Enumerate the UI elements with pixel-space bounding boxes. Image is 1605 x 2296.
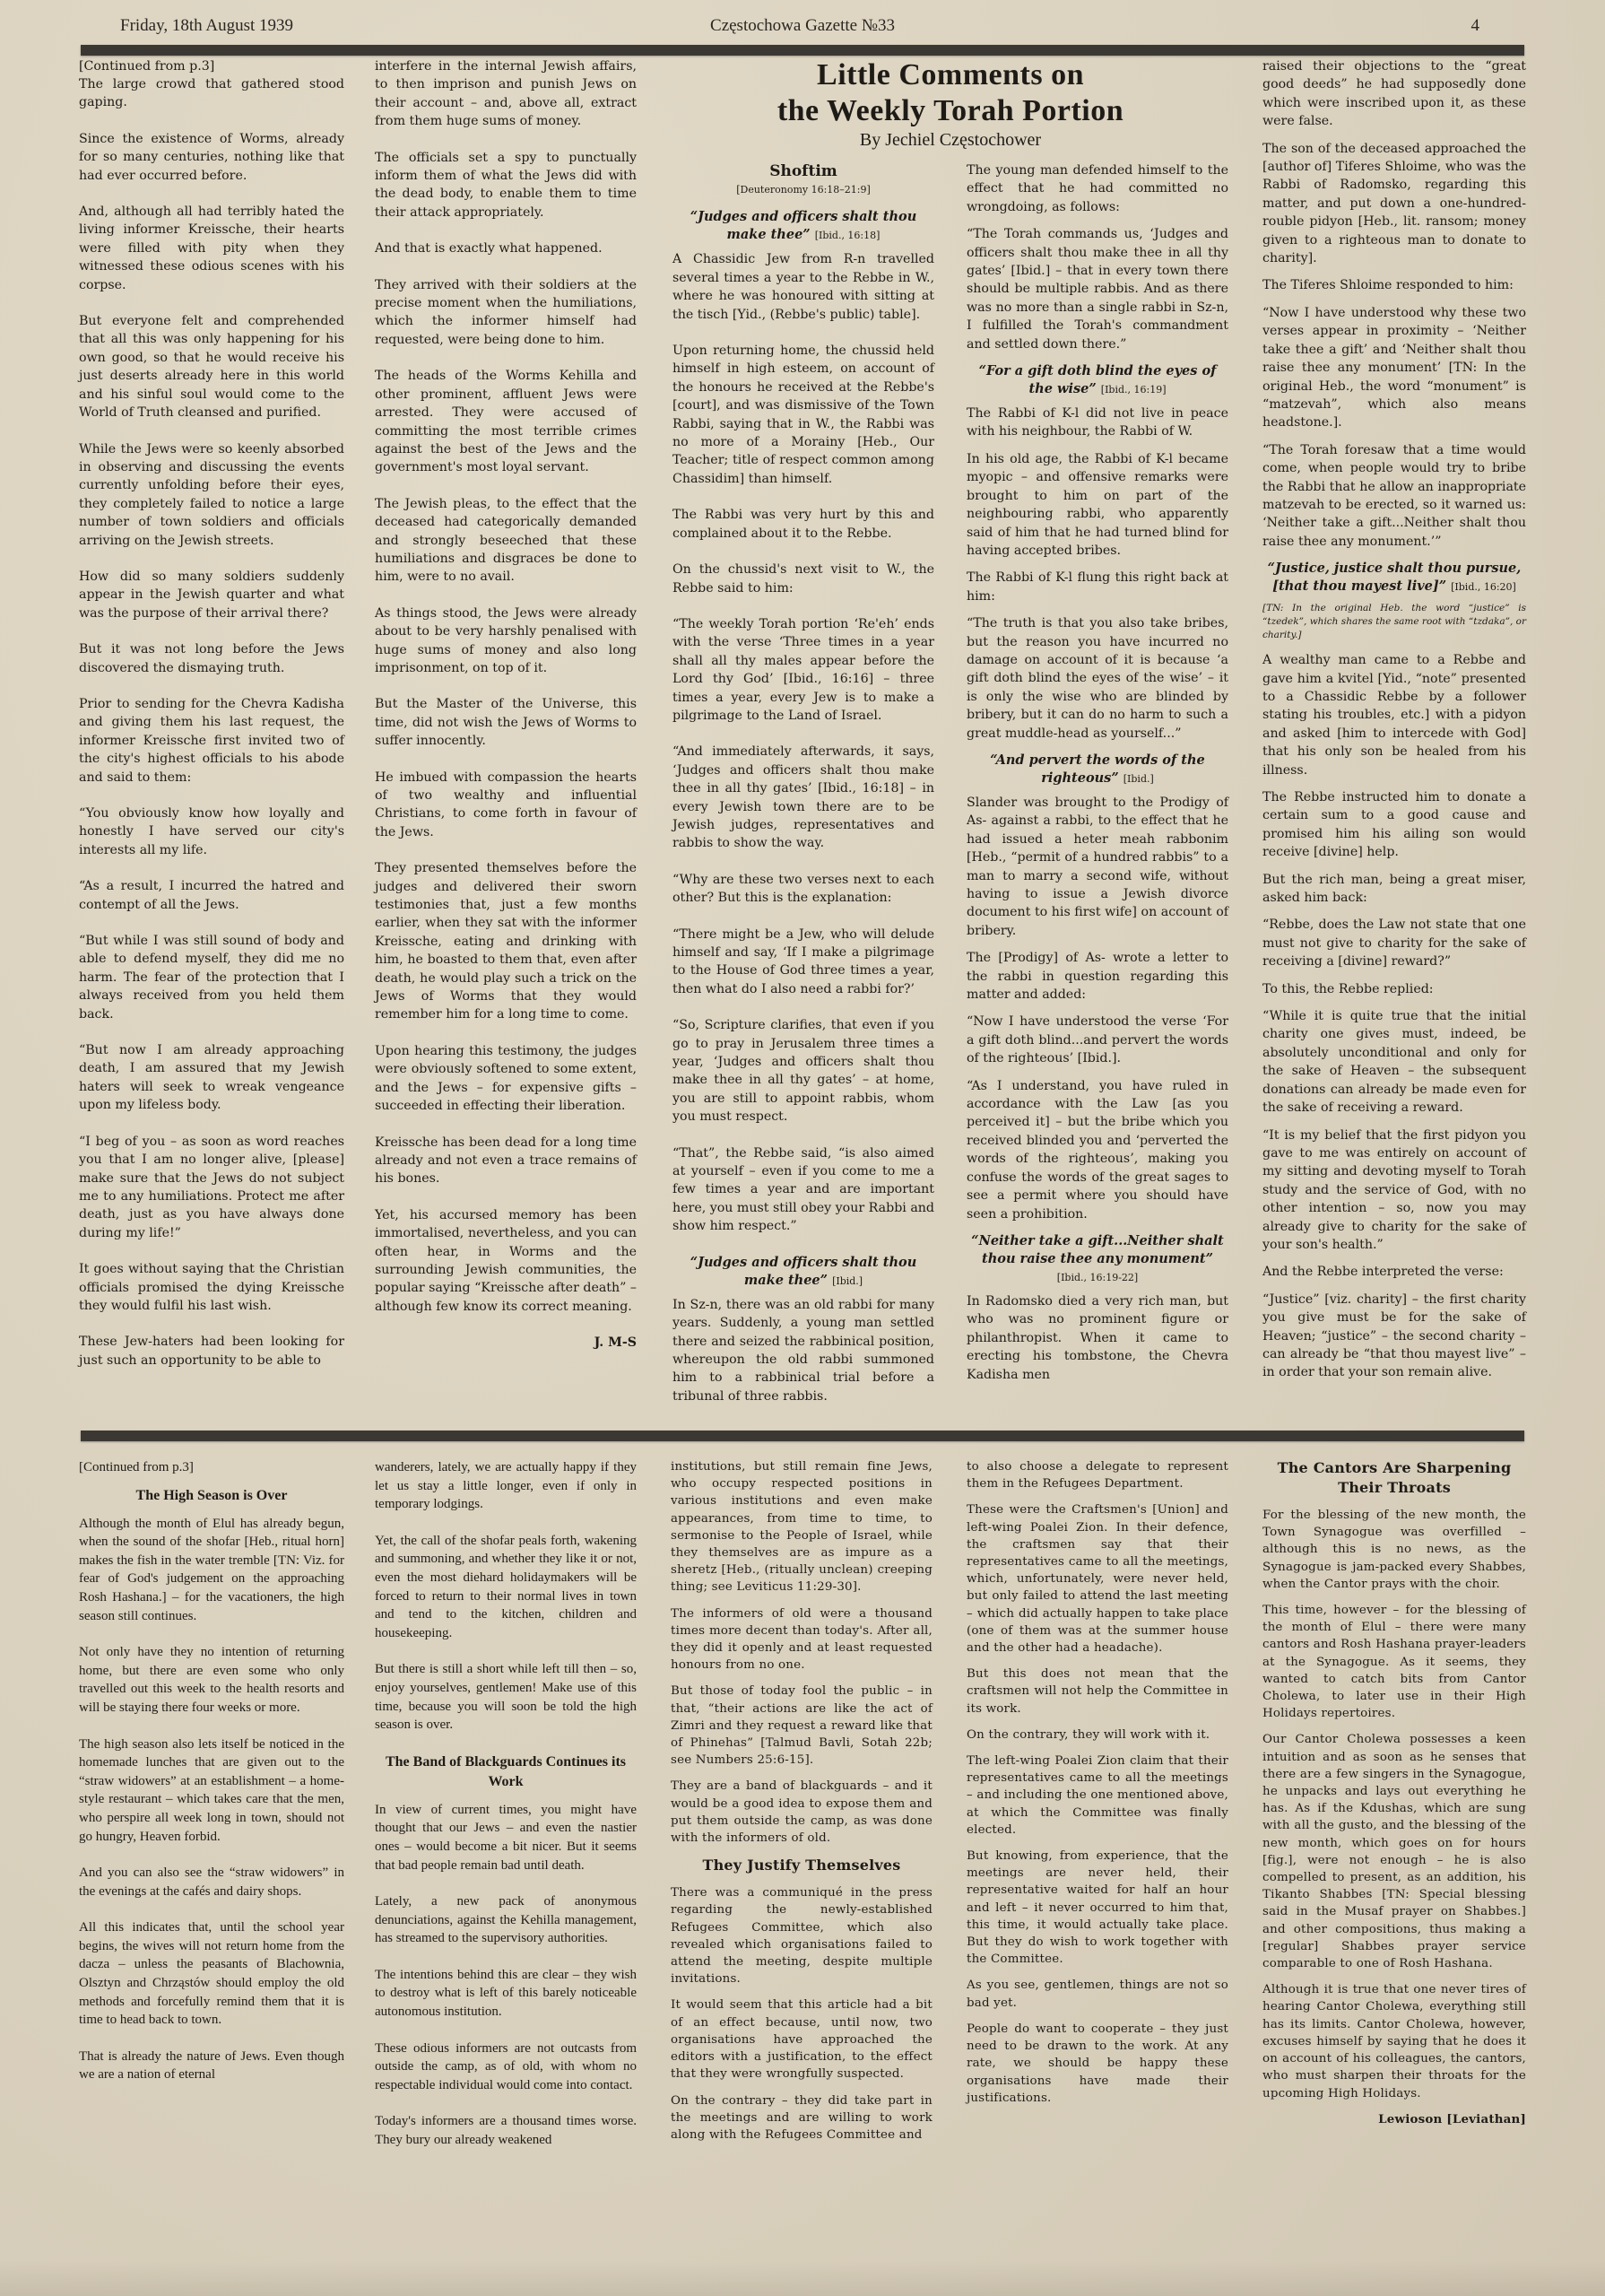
paragraph: raised their objections to the “great go… xyxy=(1262,57,1526,131)
paragraph: It would seem that this article had a bi… xyxy=(671,1996,933,2083)
paragraph: But the rich man, being a great miser, a… xyxy=(1262,871,1526,908)
paragraph: “But now I am already approaching death,… xyxy=(79,1041,344,1115)
paragraph: The intentions behind this are clear – t… xyxy=(375,1966,637,2022)
paragraph: Yet, the call of the shofar peals forth,… xyxy=(375,1532,637,1643)
paragraph: On the contrary – they did take part in … xyxy=(671,2092,933,2144)
paragraph: “And immediately afterwards, it says, ‘J… xyxy=(672,743,934,852)
paragraph: That is already the nature of Jews. Even… xyxy=(79,2048,344,2084)
paragraph: And, although all had terribly hated the… xyxy=(79,203,344,294)
paragraph: But the Master of the Universe, this tim… xyxy=(375,695,637,750)
article-title: The Band of Blackguards Continues its Wo… xyxy=(375,1752,637,1792)
paragraph: On the contrary, they will work with it. xyxy=(967,1726,1228,1744)
paragraph: wanderers, lately, we are actually happy… xyxy=(375,1458,637,1514)
paragraph: “While it is quite true that the initial… xyxy=(1262,1007,1526,1117)
paragraph-list: A Chassidic Jew from R-n travelled sever… xyxy=(672,250,934,1235)
paragraph: “The Torah foresaw that a time would com… xyxy=(1262,441,1526,551)
paragraph-list: raised their objections to the “great go… xyxy=(1262,57,1526,551)
paragraph: But everyone felt and comprehended that … xyxy=(79,312,344,422)
page-header: Friday, 18th August 1939 Częstochowa Gaz… xyxy=(117,16,1488,43)
paragraph: In his old age, the Rabbi of K-l became … xyxy=(967,450,1228,560)
paragraph: Lately, a new pack of anonymous denuncia… xyxy=(375,1892,637,1948)
paragraph: For the blessing of the new month, the T… xyxy=(1262,1507,1526,1593)
top-rule xyxy=(81,45,1524,56)
paragraph-list: The young man defended himself to the ef… xyxy=(967,161,1228,353)
paragraph: These odious informers are not outcasts … xyxy=(375,2039,637,2095)
paragraph: The Jewish pleas, to the effect that the… xyxy=(375,495,637,587)
paragraph: But it was not long before the Jews disc… xyxy=(79,640,344,677)
paragraph: Although the month of Elul has already b… xyxy=(79,1515,344,1626)
publication-title: Częstochowa Gazette №33 xyxy=(117,16,1488,36)
paragraph: “But while I was still sound of body and… xyxy=(79,932,344,1023)
paragraph: On the chussid's next visit to W., the R… xyxy=(672,561,934,597)
paragraph-list: to also choose a delegate to represent t… xyxy=(967,1458,1228,2107)
paragraph: He imbued with compassion the hearts of … xyxy=(375,769,637,842)
paragraph: “That”, the Rebbe said, “is also aimed a… xyxy=(672,1144,934,1236)
author-signature: J. M-S xyxy=(375,1334,637,1352)
paragraph: A Chassidic Jew from R-n travelled sever… xyxy=(672,250,934,324)
paragraph: Yet, his accursed memory has been immort… xyxy=(375,1206,637,1316)
paragraph: “There might be a Jew, who will delude h… xyxy=(672,926,934,999)
paragraph: The officials set a spy to punctually in… xyxy=(375,149,637,222)
high-season-column-2: wanderers, lately, we are actually happy… xyxy=(375,1458,637,2168)
verse-heading: “And pervert the words of the righteous”… xyxy=(967,752,1228,788)
paragraph-list: wanderers, lately, we are actually happy… xyxy=(375,1458,637,1735)
portion-reference: [Deuteronomy 16:18–21:9] xyxy=(672,181,934,199)
torah-column-1: Shoftim [Deuteronomy 16:18–21:9] “Judges… xyxy=(672,161,934,1405)
article-title: The High Season is Over xyxy=(79,1486,344,1506)
paragraph: Kreissche has been dead for a long time … xyxy=(375,1134,637,1188)
article-title: They Justify Themselves xyxy=(671,1856,933,1875)
paragraph: The young man defended himself to the ef… xyxy=(967,161,1228,216)
paragraph: “Why are these two verses next to each o… xyxy=(672,871,934,908)
paragraph: The heads of the Worms Kehilla and other… xyxy=(375,367,637,476)
verse-heading: “Justice, justice shalt thou pursue, [th… xyxy=(1262,560,1526,596)
paragraph: “As a result, I incurred the hatred and … xyxy=(79,877,344,914)
paragraph: The Rabbi of K-l did not live in peace w… xyxy=(967,404,1228,441)
justify-column: to also choose a delegate to represent t… xyxy=(967,1458,1228,2116)
paragraph: “As I understand, you have ruled in acco… xyxy=(967,1077,1228,1223)
paragraph: But this does not mean that the craftsme… xyxy=(967,1665,1228,1718)
author-signature: Lewioson [Leviathan] xyxy=(1262,2111,1526,2128)
paragraph-list: A wealthy man came to a Rebbe and gave h… xyxy=(1262,651,1526,1382)
paragraph-list: Although the month of Elul has already b… xyxy=(79,1515,344,2084)
torah-column-3: raised their objections to the “great go… xyxy=(1262,57,1526,1391)
paragraph: In view of current times, you might have… xyxy=(375,1801,637,1874)
paragraph: Although it is true that one never tires… xyxy=(1262,1981,1526,2101)
paragraph: Our Cantor Cholewa possesses a keen intu… xyxy=(1262,1731,1526,1972)
kreissche-column-1: [Continued from p.3] The large crowd tha… xyxy=(79,57,344,1387)
paragraph: They arrived with their soldiers at the … xyxy=(375,276,637,350)
torah-column-2: The young man defended himself to the ef… xyxy=(967,161,1228,1384)
high-season-column-1: [Continued from p.3] The High Season is … xyxy=(79,1458,344,2102)
paragraph: “It is my belief that the first pidyon y… xyxy=(1262,1126,1526,1255)
verse-heading: “Judges and officers shalt thou make the… xyxy=(672,1254,934,1291)
paragraph: “Now I have understood the verse ‘For a … xyxy=(967,1013,1228,1067)
continued-note: [Continued from p.3] xyxy=(79,1458,344,1477)
paragraph: The son of the deceased approached the [… xyxy=(1262,140,1526,268)
paragraph: The Rabbi of K-l flung this right back a… xyxy=(967,569,1228,605)
paragraph: As things stood, the Jews were already a… xyxy=(375,604,637,678)
paragraph: Prior to sending for the Chevra Kadisha … xyxy=(79,695,344,787)
paragraph-list: There was a communiqué in the press rega… xyxy=(671,1884,933,2144)
kreissche-column-2: interfere in the internal Jewish affairs… xyxy=(375,57,637,1352)
paragraph: The informers of old were a thousand tim… xyxy=(671,1605,933,1674)
paragraph: People do want to cooperate – they just … xyxy=(967,2021,1228,2107)
continued-note: [Continued from p.3] xyxy=(79,57,344,75)
paragraph: The large crowd that gathered stood gapi… xyxy=(79,75,344,112)
article-title: The Cantors Are Sharpening Their Throats xyxy=(1262,1458,1526,1498)
paragraph: All this indicates that, until the schoo… xyxy=(79,1918,344,2030)
translator-note: [TN: In the original Heb. the word “just… xyxy=(1262,602,1526,642)
paragraph-list: interfere in the internal Jewish affairs… xyxy=(375,57,637,1316)
paragraph: As you see, gentlemen, things are not so… xyxy=(967,1977,1228,2011)
verse-heading: “For a gift doth blind the eyes of the w… xyxy=(967,362,1228,399)
paragraph: “You obviously know how loyally and hone… xyxy=(79,804,344,859)
paragraph: “Now I have understood why these two ver… xyxy=(1262,304,1526,432)
paragraph: institutions, but still remain fine Jews… xyxy=(671,1458,933,1596)
paragraph-list: The large crowd that gathered stood gapi… xyxy=(79,75,344,1370)
paragraph: These Jew-haters had been looking for ju… xyxy=(79,1333,344,1370)
page-edge-shadow xyxy=(0,2260,1605,2296)
paragraph-list: institutions, but still remain fine Jews… xyxy=(671,1458,933,1847)
paragraph: to also choose a delegate to represent t… xyxy=(967,1458,1228,1492)
paragraph: The left-wing Poalei Zion claim that the… xyxy=(967,1752,1228,1839)
paragraph: The high season also lets itself be noti… xyxy=(79,1735,344,1847)
portion-name: Shoftim xyxy=(672,161,934,181)
paragraph: “The Torah commands us, ‘Judges and offi… xyxy=(967,225,1228,353)
blackguards-column: institutions, but still remain fine Jews… xyxy=(671,1458,933,2152)
paragraph: A wealthy man came to a Rebbe and gave h… xyxy=(1262,651,1526,779)
paragraph: Slander was brought to the Prodigy of As… xyxy=(967,794,1228,940)
paragraph: In Sz-n, there was an old rabbi for many… xyxy=(672,1296,934,1405)
paragraph: “Rebbe, does the Law not state that one … xyxy=(1262,916,1526,970)
paragraph: “The truth is that you also take bribes,… xyxy=(967,614,1228,743)
paragraph: Since the existence of Worms, already fo… xyxy=(79,130,344,185)
paragraph: These were the Craftsmen's [Union] and l… xyxy=(967,1501,1228,1657)
paragraph: In Radomsko died a very rich man, but wh… xyxy=(967,1292,1228,1384)
article-byline: By Jechiel Częstochower xyxy=(672,131,1228,149)
page-number: 4 xyxy=(1471,16,1480,36)
paragraph-list: Slander was brought to the Prodigy of As… xyxy=(967,794,1228,1223)
paragraph: Upon hearing this testimony, the judges … xyxy=(375,1042,637,1116)
paragraph: But knowing, from experience, that the m… xyxy=(967,1848,1228,1968)
paragraph: The Rebbe instructed him to donate a cer… xyxy=(1262,788,1526,862)
paragraph: While the Jews were so keenly absorbed i… xyxy=(79,440,344,550)
paragraph: “So, Scripture clarifies, that even if y… xyxy=(672,1016,934,1126)
paragraph: The Tiferes Shloime responded to him: xyxy=(1262,276,1526,294)
paragraph: Not only have they no intention of retur… xyxy=(79,1643,344,1717)
paragraph: And you can also see the “straw widowers… xyxy=(79,1864,344,1900)
paragraph: “I beg of you – as soon as word reaches … xyxy=(79,1133,344,1242)
paragraph: To this, the Rebbe replied: xyxy=(1262,980,1526,998)
paragraph-list: In view of current times, you might have… xyxy=(375,1801,637,2150)
paragraph: There was a communiqué in the press rega… xyxy=(671,1884,933,1987)
paragraph: “Justice” [viz. charity] – the first cha… xyxy=(1262,1291,1526,1382)
section-divider xyxy=(81,1431,1524,1441)
paragraph: interfere in the internal Jewish affairs… xyxy=(375,57,637,131)
paragraph: This time, however – for the blessing of… xyxy=(1262,1602,1526,1722)
verse-heading: “Judges and officers shalt thou make the… xyxy=(672,208,934,245)
paragraph: And that is exactly what happened. xyxy=(375,239,637,257)
paragraph: The Rabbi was very hurt by this and comp… xyxy=(672,506,934,543)
paragraph-list: For the blessing of the new month, the T… xyxy=(1262,1507,1526,2102)
paragraph: And the Rebbe interpreted the verse: xyxy=(1262,1263,1526,1281)
paragraph: But there is still a short while left ti… xyxy=(375,1660,637,1734)
paragraph: Upon returning home, the chussid held hi… xyxy=(672,342,934,488)
verse-heading: “Neither take a gift...Neither shalt tho… xyxy=(967,1232,1228,1287)
paragraph: They are a band of blackguards – and it … xyxy=(671,1778,933,1847)
paragraph: How did so many soldiers suddenly appear… xyxy=(79,568,344,622)
cantors-column: The Cantors Are Sharpening Their Throats… xyxy=(1262,1458,1526,2128)
article-title: Little Comments on the Weekly Torah Port… xyxy=(672,57,1228,129)
torah-heading: Little Comments on the Weekly Torah Port… xyxy=(672,57,1228,156)
paragraph: It goes without saying that the Christia… xyxy=(79,1260,344,1315)
paragraph: But those of today fool the public – in … xyxy=(671,1683,933,1769)
paragraph: “The weekly Torah portion ‘Re'eh’ ends w… xyxy=(672,615,934,725)
paragraph: Today's informers are a thousand times w… xyxy=(375,2112,637,2149)
paragraph: They presented themselves before the jud… xyxy=(375,859,637,1024)
paragraph: The [Prodigy] of As- wrote a letter to t… xyxy=(967,949,1228,1004)
paragraph-list: The Rabbi of K-l did not live in peace w… xyxy=(967,404,1228,743)
